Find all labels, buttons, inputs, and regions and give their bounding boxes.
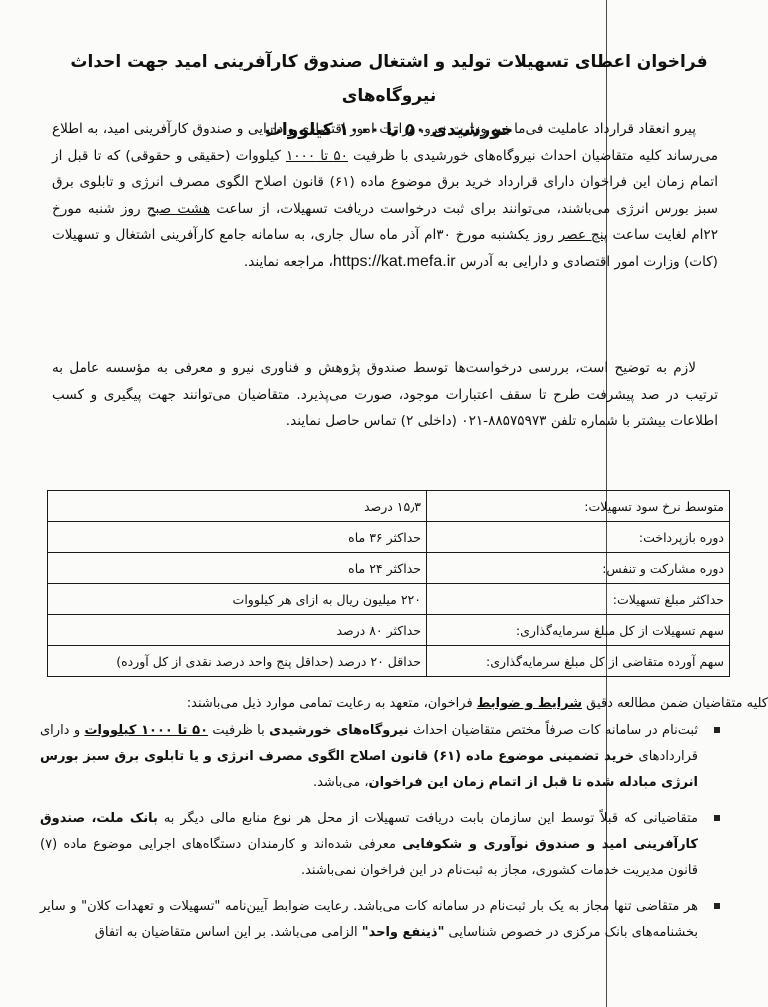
- list-item: ثبت‌نام در سامانه کات صرفاً مختص متقاضیا…: [40, 718, 698, 796]
- list-item: متقاضیانی که قبلاً توسط این سازمان بابت …: [40, 806, 698, 884]
- square-bullet-icon: [714, 815, 720, 821]
- review-paragraph: لازم به توضیح است، بررسی درخواست‌ها توسط…: [52, 355, 718, 435]
- kat-url-link[interactable]: https://kat.mefa.ir: [333, 253, 456, 270]
- square-bullet-icon: [714, 727, 720, 733]
- table-row: دوره مشارکت و تنفس: حداکثر ۲۴ ماه: [48, 553, 730, 584]
- term-label: سهم تسهیلات از کل مبلغ سرمایه‌گذاری:: [427, 615, 730, 646]
- table-row: دوره بازپرداخت: حداکثر ۳۶ ماه: [48, 522, 730, 553]
- term-value: حداقل ۲۰ درصد (حداقل پنج واحد درصد نقدی …: [48, 646, 427, 677]
- term-label: سهم آورده متقاضی از کل مبلغ سرمایه‌گذاری…: [427, 646, 730, 677]
- text: ، می‌باشد.: [313, 775, 369, 790]
- scanned-document-page: فراخوان اعطای تسهیلات تولید و اشتغال صند…: [0, 0, 768, 1007]
- capacity-range: ۵۰ تا ۱۰۰۰: [286, 148, 348, 164]
- text: کلیه متقاضیان ضمن مطالعه دقیق: [582, 696, 768, 711]
- text: ۵۰ تا ۱۰۰۰ کیلووات: [84, 723, 208, 738]
- term-label: دوره بازپرداخت:: [427, 522, 730, 553]
- loan-terms-table: متوسط نرخ سود تسهیلات: ۱۵٫۳ درصد دوره با…: [47, 490, 730, 677]
- text: خرید تضمینی موضوع ماده (۶۱) قانون اصلاح …: [40, 749, 698, 790]
- text: متقاضیانی که قبلاً توسط این سازمان بابت …: [158, 811, 698, 826]
- term-label: متوسط نرخ سود تسهیلات:: [427, 491, 730, 522]
- text: نیروگاه‌های خورشیدی: [269, 723, 409, 738]
- text: الزامی می‌باشد. بر این اساس متقاضیان به …: [95, 925, 362, 940]
- text: ثبت‌نام در سامانه کات صرفاً مختص متقاضیا…: [409, 723, 698, 738]
- term-value: ۱۵٫۳ درصد: [48, 491, 427, 522]
- term-label: دوره مشارکت و تنفس:: [427, 553, 730, 584]
- term-value: حداکثر ۲۴ ماه: [48, 553, 427, 584]
- rules-list: ثبت‌نام در سامانه کات صرفاً مختص متقاضیا…: [40, 718, 698, 956]
- end-time: پنج عصر: [559, 227, 608, 243]
- table-row: حداکثر مبلغ تسهیلات: ۲۲۰ میلیون ریال به …: [48, 584, 730, 615]
- title-line-1: فراخوان اعطای تسهیلات تولید و اشتغال صند…: [70, 45, 708, 113]
- text: ، مراجعه نمایند.: [244, 254, 333, 270]
- intro-paragraph: پیرو انعقاد قرارداد عاملیت فی‌ما بین وزا…: [52, 116, 718, 275]
- text: فراخوان، متعهد به رعایت تمامی موارد ذیل …: [187, 696, 477, 711]
- table-row: سهم آورده متقاضی از کل مبلغ سرمایه‌گذاری…: [48, 646, 730, 677]
- start-time: هشت صبح: [147, 201, 210, 217]
- table-row: سهم تسهیلات از کل مبلغ سرمایه‌گذاری: حدا…: [48, 615, 730, 646]
- term-value: ۲۲۰ میلیون ریال به ازای هر کیلووات: [48, 584, 427, 615]
- text: با ظرفیت: [208, 723, 269, 738]
- term-value: حداکثر ۳۶ ماه: [48, 522, 427, 553]
- terms-and-conditions: شرایط و ضوابط: [477, 696, 582, 711]
- term-value: حداکثر ۸۰ درصد: [48, 615, 427, 646]
- square-bullet-icon: [714, 903, 720, 909]
- list-item: هر متقاضی تنها مجاز به یک بار ثبت‌نام در…: [40, 894, 698, 946]
- table-row: متوسط نرخ سود تسهیلات: ۱۵٫۳ درصد: [48, 491, 730, 522]
- term-label: حداکثر مبلغ تسهیلات:: [427, 584, 730, 615]
- rules-intro: کلیه متقاضیان ضمن مطالعه دقیق شرایط و ضو…: [60, 692, 768, 716]
- text: "ذینفع واحد": [362, 925, 445, 940]
